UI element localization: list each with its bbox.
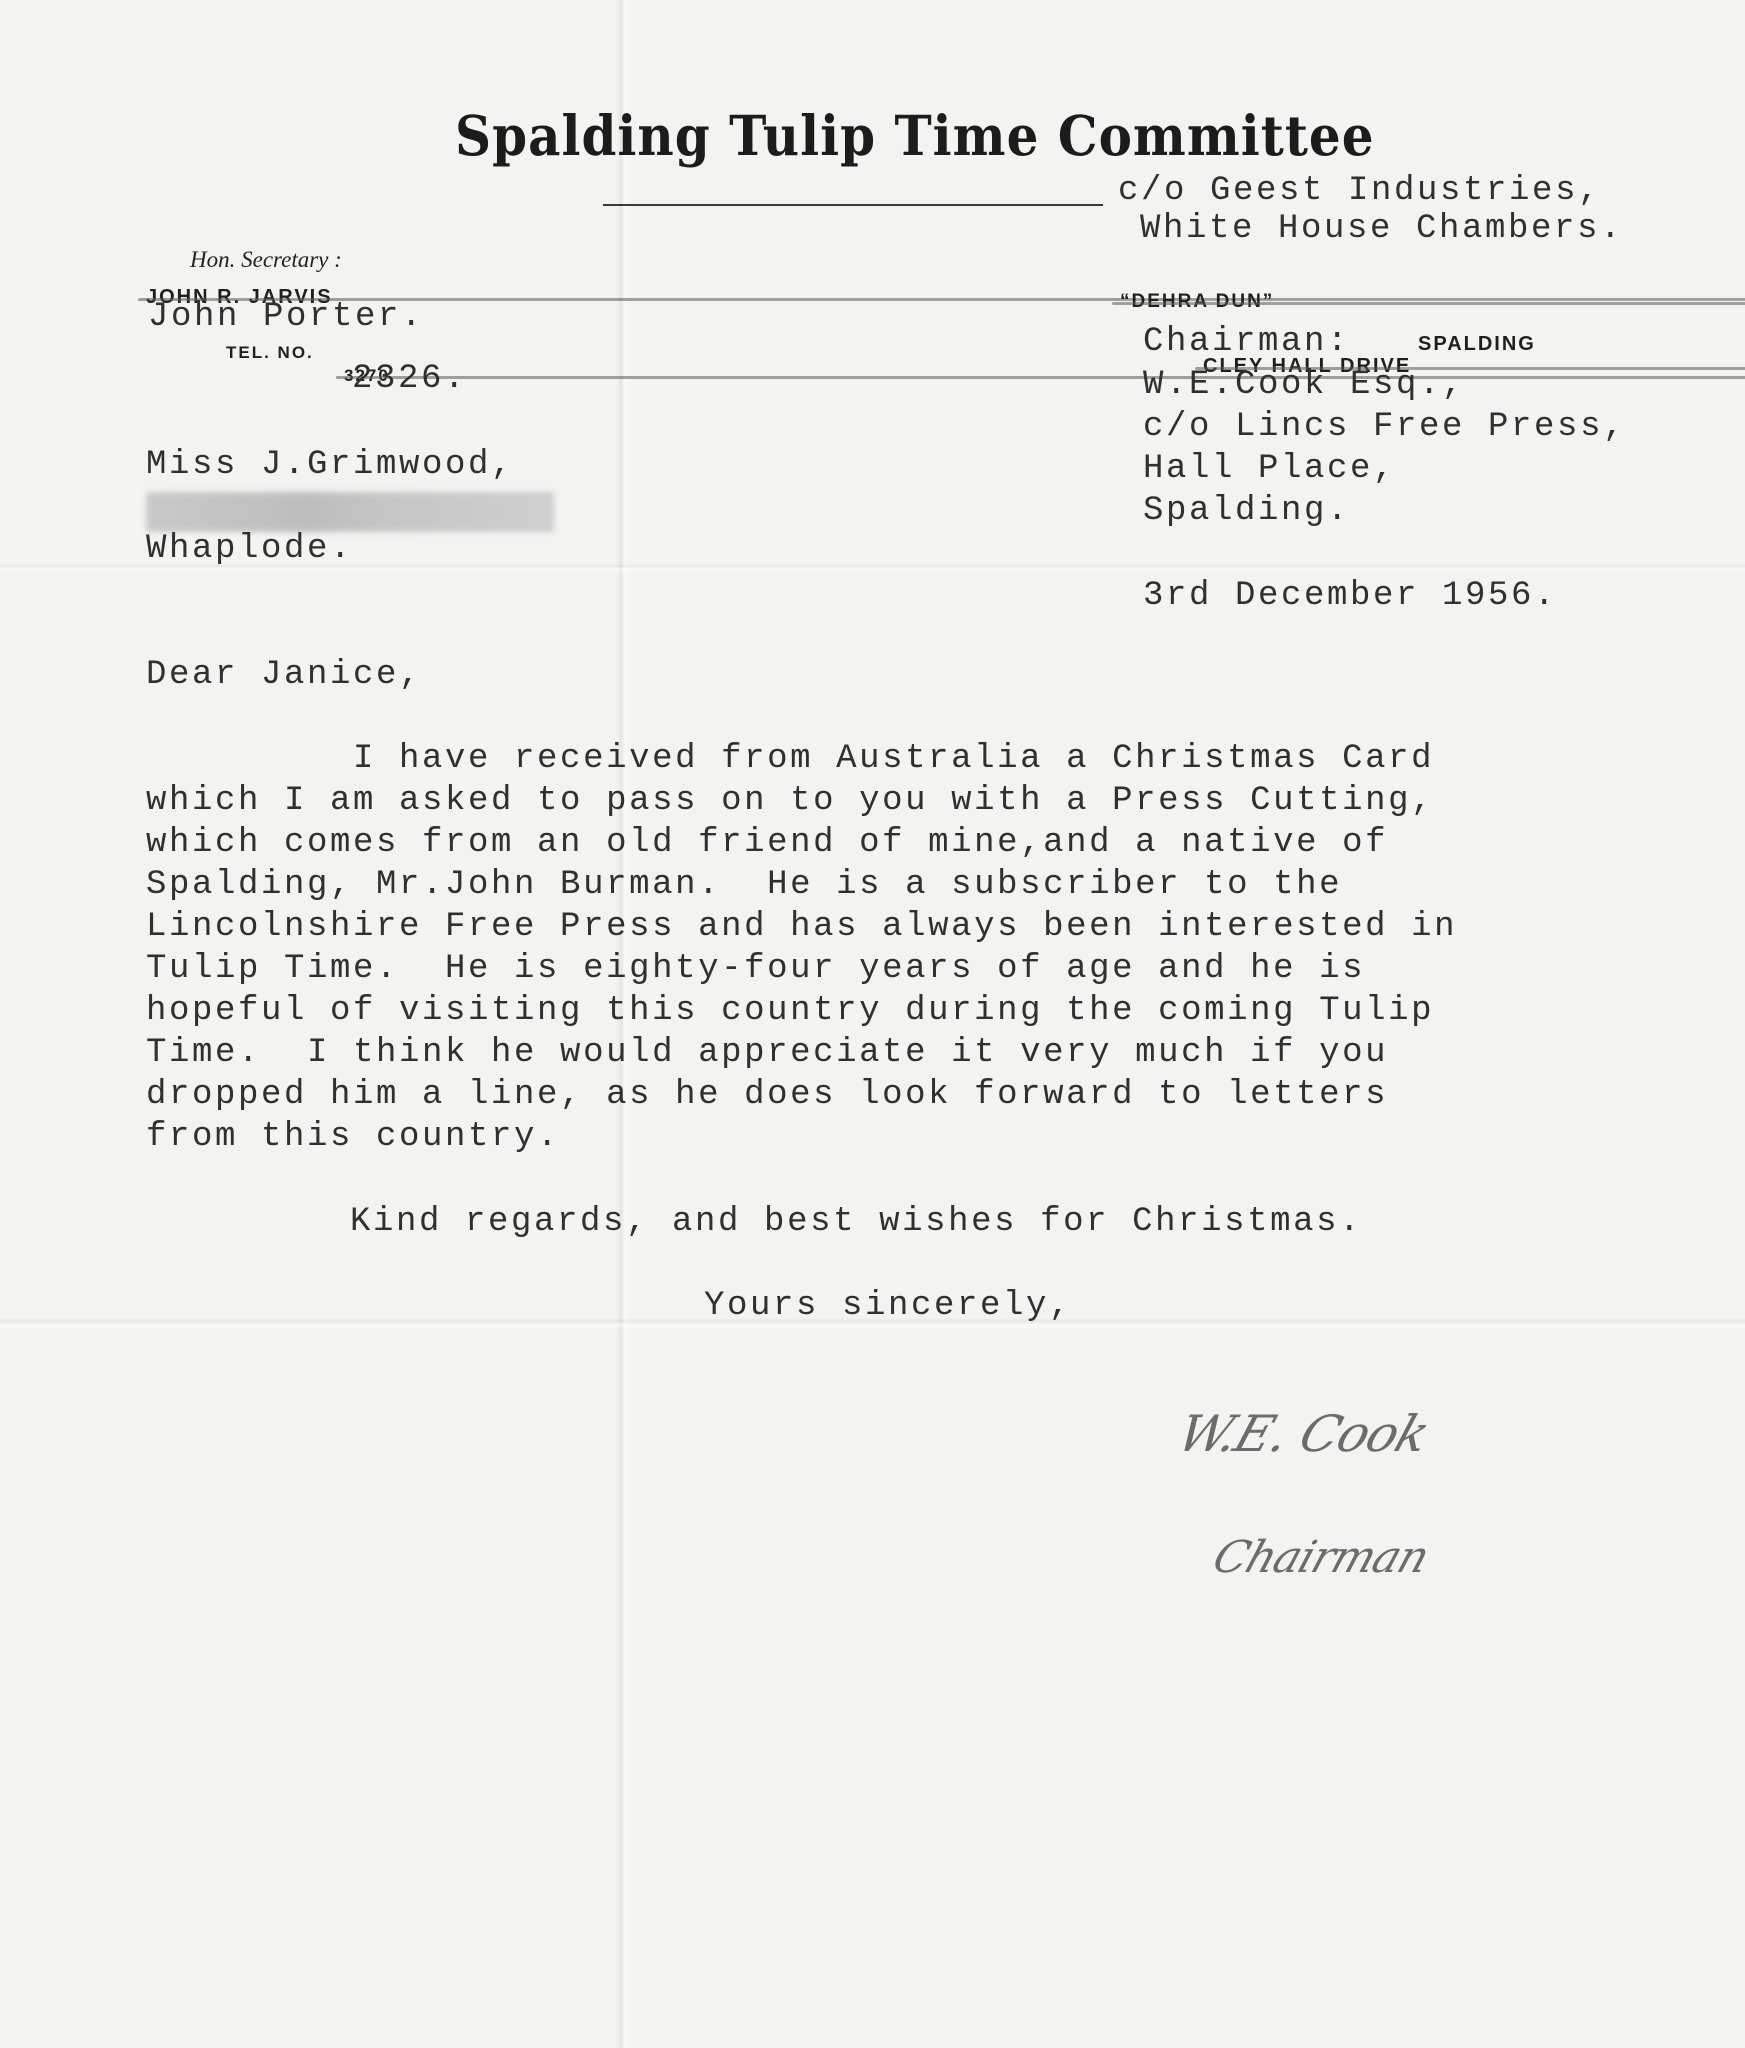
body-line: Lincolnshire Free Press and has always b…	[146, 908, 1457, 946]
tel-label: TEL. NO.	[226, 343, 314, 363]
regards: Kind regards, and best wishes for Christ…	[350, 1203, 1362, 1241]
chairman-label: Chairman:	[1143, 323, 1350, 361]
printed-address-struck-1: “DEHRA DUN”	[1120, 291, 1745, 313]
body-line: from this country.	[146, 1118, 560, 1156]
letter-paper: Spalding Tulip Time Committee Hon. Secre…	[0, 0, 1745, 2048]
body-line: hopeful of visiting this country during …	[146, 992, 1434, 1030]
body-line: Tulip Time. He is eighty-four years of a…	[146, 950, 1365, 988]
body-line: which I am asked to pass on to you with …	[146, 782, 1434, 820]
recipient-name: Miss J.Grimwood,	[146, 446, 514, 484]
secretary-typed-name: John Porter.	[148, 298, 424, 336]
body-line: Time. I think he would appreciate it ver…	[146, 1034, 1388, 1072]
body-line: I have received from Australia a Christm…	[146, 740, 1434, 778]
recipient-address-redacted	[146, 492, 554, 532]
body-line: dropped him a line, as he does look forw…	[146, 1076, 1388, 1114]
signature-title: Chairman	[1207, 1532, 1435, 1583]
closing: Yours sincerely,	[704, 1287, 1072, 1325]
salutation: Dear Janice,	[146, 656, 422, 694]
chairman-name: W.E.Cook Esq.,	[1143, 366, 1465, 404]
printed-town: SPALDING	[1418, 333, 1536, 356]
tel-typed: 2326.	[352, 360, 467, 398]
body-line: which comes from an old friend of mine,a…	[146, 824, 1388, 862]
sender-address-line2: White House Chambers.	[1140, 210, 1623, 248]
letterhead-rule	[603, 204, 1103, 206]
chairman-address-3: Spalding.	[1143, 492, 1350, 530]
chairman-address-2: Hall Place,	[1143, 450, 1396, 488]
signature-name: W.E. Cook	[1171, 1405, 1436, 1463]
secretary-label: Hon. Secretary :	[190, 247, 342, 273]
letterhead-title: Spalding Tulip Time Committee	[455, 103, 1375, 168]
chairman-address-1: c/o Lincs Free Press,	[1143, 408, 1626, 446]
body-line: Spalding, Mr.John Burman. He is a subscr…	[146, 866, 1342, 904]
letter-date: 3rd December 1956.	[1143, 577, 1557, 615]
recipient-town: Whaplode.	[146, 530, 353, 568]
sender-address-line1: c/o Geest Industries,	[1118, 172, 1601, 210]
